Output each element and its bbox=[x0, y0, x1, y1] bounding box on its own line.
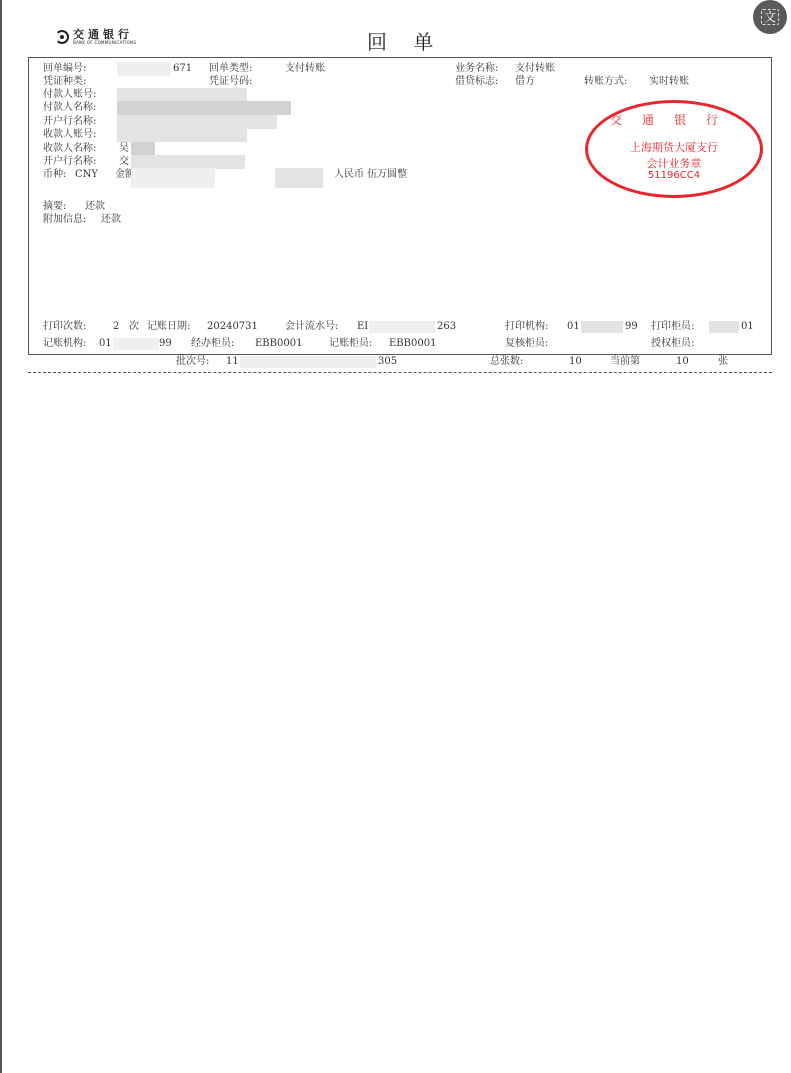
posting-teller-label: 记账柜员: bbox=[329, 338, 372, 350]
redacted-payee-name bbox=[131, 142, 155, 156]
total-count-value: 10 bbox=[569, 356, 582, 368]
debit-credit-value: 借方 bbox=[515, 76, 535, 88]
viewer-left-edge bbox=[0, 0, 2, 1073]
receipt-type-value: 支付转账 bbox=[285, 63, 325, 75]
summary-label: 摘要: bbox=[43, 201, 66, 213]
redacted-posting-org bbox=[113, 338, 159, 350]
redacted-payee-bank bbox=[131, 155, 245, 169]
current-page-label: 当前第 bbox=[610, 356, 640, 368]
transfer-mode-value: 实时转账 bbox=[649, 76, 689, 88]
bank-name-cn: 交通银行 bbox=[73, 29, 136, 40]
receipt-type-label: 回单类型: bbox=[209, 63, 252, 75]
redacted-print-org bbox=[581, 321, 623, 333]
posting-org-suffix: 99 bbox=[159, 338, 172, 350]
print-org-label: 打印机构: bbox=[505, 321, 548, 333]
total-count-label: 总张数: bbox=[490, 356, 523, 368]
posting-org-prefix: 01 bbox=[99, 338, 112, 350]
document-title: 回 单 bbox=[367, 26, 443, 55]
voucher-type-label: 凭证种类: bbox=[43, 76, 86, 88]
print-teller-suffix: 01 bbox=[741, 321, 754, 333]
payer-bank-label: 开户行名称: bbox=[43, 116, 96, 128]
transfer-mode-label: 转账方式: bbox=[584, 76, 627, 88]
posting-org-label: 记账机构: bbox=[43, 338, 86, 350]
stamp-bank-name: 交通银行 bbox=[588, 111, 760, 128]
bank-logo: 交通银行 BANK OF COMMUNICATIONS bbox=[55, 26, 136, 48]
stamp-code: 51196CC4 bbox=[588, 170, 760, 181]
stamp-seal-type: 会计业务章 bbox=[588, 155, 760, 171]
print-count-unit: 次 bbox=[129, 321, 139, 333]
stamp-branch: 上海期货大厦支行 bbox=[588, 139, 760, 155]
currency-value: CNY bbox=[75, 169, 98, 181]
summary-value: 还款 bbox=[85, 201, 105, 213]
payee-name-prefix: 吴 bbox=[119, 143, 129, 155]
redacted-amount bbox=[131, 168, 215, 188]
posting-date-label: 记账日期: bbox=[147, 321, 190, 333]
current-page-unit: 张 bbox=[718, 356, 728, 368]
posting-date-value: 20240731 bbox=[207, 321, 258, 333]
receipt-no-suffix: 671 bbox=[173, 63, 192, 75]
serial-no-suffix: 263 bbox=[437, 321, 456, 333]
redacted-payer-bank bbox=[117, 115, 277, 129]
business-name-label: 业务名称: bbox=[455, 63, 498, 75]
payee-name-label: 收款人名称: bbox=[43, 143, 96, 155]
amount-words: 人民币 伍万圆整 bbox=[334, 169, 407, 181]
bank-logo-icon bbox=[55, 30, 69, 44]
review-teller-label: 复核柜员: bbox=[505, 338, 548, 350]
extra-info-value: 还款 bbox=[101, 214, 121, 226]
redacted-payer-account bbox=[117, 88, 247, 102]
redacted-serial-no bbox=[369, 321, 435, 333]
print-org-prefix: 01 bbox=[567, 321, 580, 333]
business-name-value: 支付转账 bbox=[515, 63, 555, 75]
current-page-value: 10 bbox=[676, 356, 689, 368]
currency-label: 币种: bbox=[43, 169, 66, 181]
bank-name-en: BANK OF COMMUNICATIONS bbox=[73, 41, 136, 45]
receipt-no-label: 回单编号: bbox=[43, 63, 86, 75]
payee-bank-label: 开户行名称: bbox=[43, 156, 96, 168]
redacted-payee-account bbox=[117, 128, 247, 142]
bank-seal-stamp: 交通银行 上海期货大厦支行 会计业务章 51196CC4 bbox=[585, 100, 763, 198]
handling-teller-value: EBB0001 bbox=[255, 338, 302, 350]
payee-bank-prefix: 交 bbox=[119, 156, 129, 168]
print-count-value: 2 bbox=[113, 321, 119, 333]
batch-info-row: 批次号: 11 305 总张数: 10 当前第 10 张 bbox=[28, 355, 772, 369]
print-count-label: 打印次数: bbox=[43, 321, 86, 333]
redacted-batch-no bbox=[240, 356, 376, 368]
payer-name-label: 付款人名称: bbox=[43, 102, 96, 114]
batch-no-suffix: 305 bbox=[378, 356, 397, 368]
redacted-print-teller bbox=[709, 321, 739, 333]
translate-button[interactable]: 文 bbox=[753, 0, 787, 34]
serial-no-label: 会计流水号: bbox=[285, 321, 338, 333]
batch-no-prefix: 11 bbox=[226, 356, 239, 368]
print-org-suffix: 99 bbox=[625, 321, 638, 333]
redacted-amount-figure bbox=[275, 168, 323, 188]
print-teller-label: 打印柜员: bbox=[651, 321, 694, 333]
voucher-no-label: 凭证号码: bbox=[209, 76, 252, 88]
payee-account-label: 收款人账号: bbox=[43, 129, 96, 141]
posting-teller-value: EBB0001 bbox=[389, 338, 436, 350]
payer-account-label: 付款人账号: bbox=[43, 89, 96, 101]
translate-icon: 文 bbox=[761, 9, 779, 25]
redacted-payer-name bbox=[117, 101, 291, 115]
extra-info-label: 附加信息: bbox=[43, 214, 86, 226]
batch-no-label: 批次号: bbox=[176, 356, 209, 368]
cut-line-divider bbox=[28, 372, 772, 373]
auth-teller-label: 授权柜员: bbox=[651, 338, 694, 350]
redacted-receipt-no bbox=[117, 62, 171, 76]
handling-teller-label: 经办柜员: bbox=[191, 338, 234, 350]
serial-no-prefix: EI bbox=[357, 321, 368, 333]
debit-credit-label: 借贷标志: bbox=[455, 76, 498, 88]
